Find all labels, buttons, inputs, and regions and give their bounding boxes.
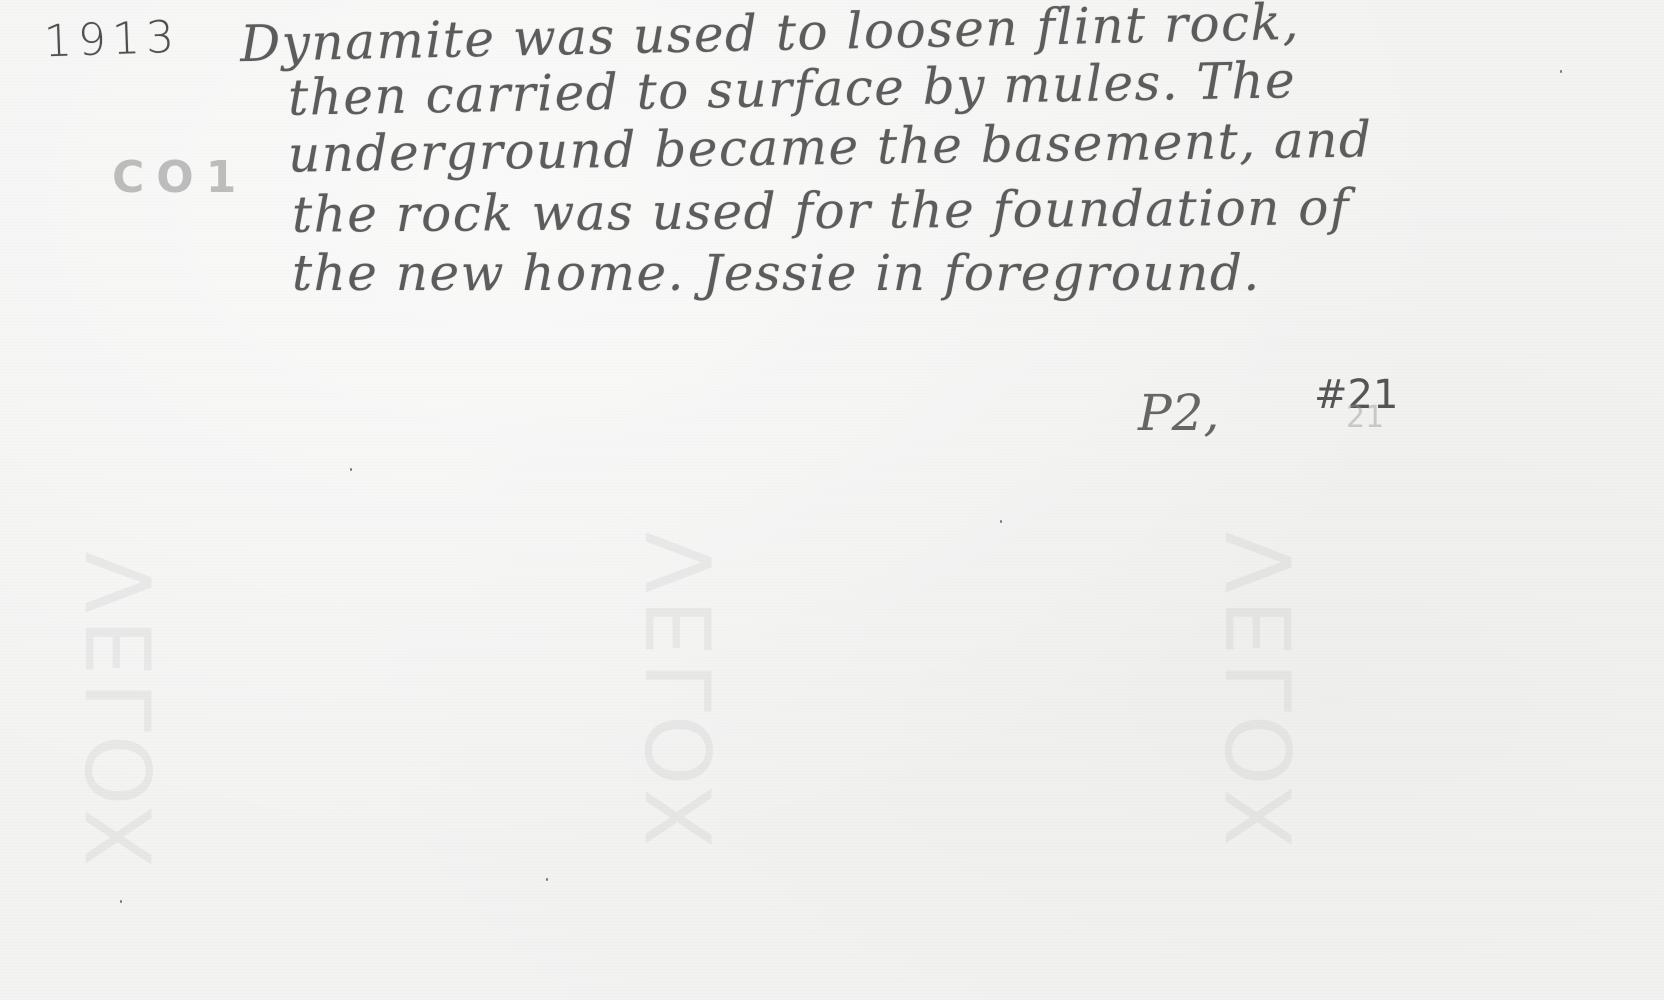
paper-speck — [546, 878, 548, 881]
watermark-bleed-through: VELOX — [1209, 531, 1314, 853]
paper-speck — [120, 900, 122, 903]
erased-item-number: 21 — [1346, 400, 1384, 435]
page-reference: P2, — [1138, 384, 1219, 442]
watermark-bleed-through: VELOX — [629, 531, 734, 853]
caption-line: the rock was used for the foundation of — [292, 178, 1350, 243]
caption-line: the new home. Jessie in foreground. — [292, 244, 1261, 302]
paper-speck — [1560, 70, 1562, 73]
paper-speck — [350, 468, 352, 471]
watermark-bleed-through: VELOX — [69, 551, 174, 873]
year-note: 1913 — [43, 12, 181, 68]
paper-speck — [1000, 520, 1002, 523]
faint-stamp: CO1 — [112, 152, 248, 203]
